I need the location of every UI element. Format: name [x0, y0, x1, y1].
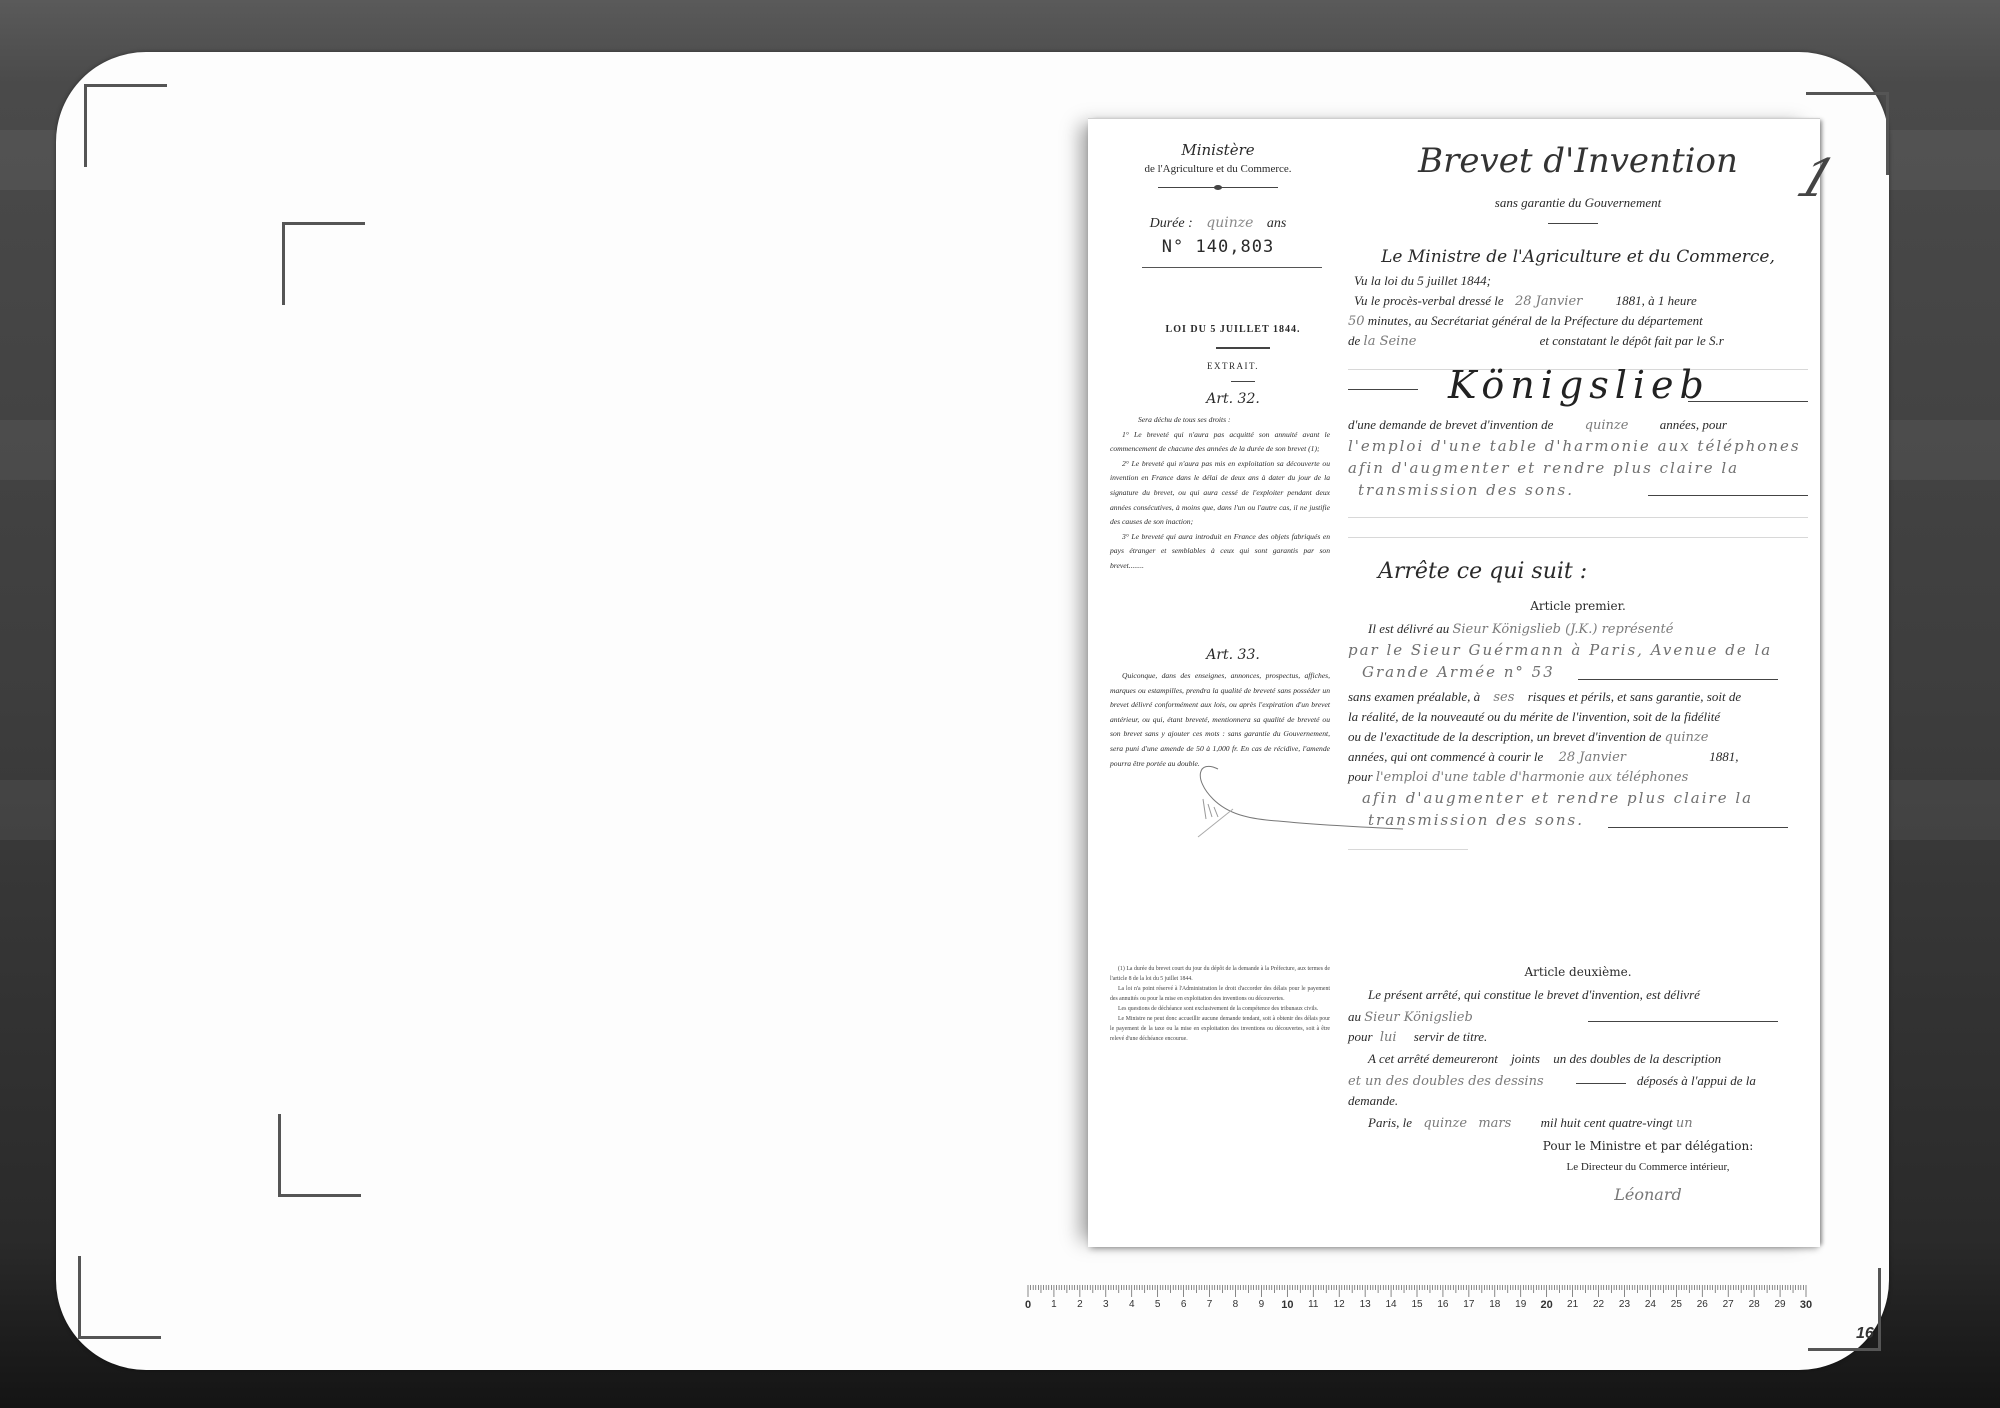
demande-prefix: d'une demande de brevet d'invention de: [1348, 417, 1553, 432]
ruler-label: 19: [1515, 1299, 1526, 1310]
fill-line: [1588, 1021, 1778, 1022]
object-line-handwritten: l'emploi d'une table d'harmonie aux télé…: [1348, 437, 1808, 455]
crop-mark-outer-top-left: [84, 84, 167, 167]
duration-unit: ans: [1267, 216, 1286, 231]
ruler-label: 28: [1749, 1299, 1760, 1310]
minister-line: Le Ministre de l'Agriculture et du Comme…: [1348, 247, 1808, 267]
proces-verbal-line: Vu le procès-verbal dressé le 28 Janvier…: [1354, 291, 1814, 312]
date-day-handwritten: quinze: [1423, 1116, 1467, 1131]
article-1-body-3: ou de l'exactitude de la description, un…: [1348, 727, 1808, 748]
dept-prefix: de: [1348, 333, 1360, 348]
document-title: Brevet d'Invention: [1348, 141, 1808, 181]
ruler-label: 14: [1386, 1299, 1397, 1310]
handwritten-fill: et un des doubles des dessins: [1348, 1074, 1544, 1089]
delegation-line: Pour le Ministre et par délégation:: [1418, 1139, 1878, 1153]
body-text: déposés à l'appui de la: [1637, 1073, 1756, 1088]
object-line-handwritten: afin d'augmenter et rendre plus claire l…: [1348, 459, 1808, 477]
body-text: Paris, le: [1368, 1115, 1412, 1130]
department-handwritten: la Seine: [1364, 334, 1417, 349]
crop-mark-inner-bottom-left: [278, 1114, 361, 1197]
ruler-label: 29: [1775, 1299, 1786, 1310]
paragraph: 3° Le breveté qui aura introduit en Fran…: [1110, 530, 1330, 574]
ruler-labels: 0123456789101112131415161718192021222324…: [1022, 1299, 1812, 1315]
article-32-text: Sera déchu de tous ses droits : 1° Le br…: [1110, 413, 1330, 574]
fill-line: [1348, 389, 1418, 390]
patent-document: Ministère de l'Agriculture et du Commerc…: [1088, 118, 1820, 1247]
footnote: Le Ministre ne peut donc accueillir aucu…: [1110, 1014, 1330, 1044]
law-heading: LOI DU 5 JUILLET 1844.: [1108, 324, 1358, 335]
extract-label: EXTRAIT.: [1108, 361, 1358, 371]
footnote: (1) La durée du brevet court du jour du …: [1110, 964, 1330, 984]
frame-number: 16: [1856, 1325, 1874, 1343]
article-1-body-1: sans examen préalable, à ses risques et …: [1348, 687, 1808, 708]
article-33-text: Quiconque, dans des enseignes, annonces,…: [1110, 669, 1330, 771]
article-1-object-1: pour l'emploi d'une table d'harmonie aux…: [1348, 767, 1808, 788]
paragraph: 2° Le breveté qui n'aura pas mis en expl…: [1110, 457, 1330, 530]
article-33-heading: Art. 33.: [1108, 647, 1358, 663]
pv-line2-text: minutes, au Secrétariat général de la Pr…: [1368, 313, 1703, 328]
fill-line: [1576, 1083, 1626, 1084]
date-month-handwritten: mars: [1478, 1116, 1511, 1131]
right-column: Brevet d'Invention 1 sans garantie du Go…: [1348, 119, 1808, 1247]
body-text: années, qui ont commencé à courir le: [1348, 749, 1543, 764]
article-1-body-4: années, qui ont commencé à courir le 28 …: [1348, 747, 1808, 768]
beneficiary-handwritten: Sieur Königslieb (J.K.) représenté: [1452, 622, 1673, 637]
ruler-label: 1: [1051, 1299, 1057, 1310]
constatant-text: et constatant le dépôt fait par le S.r: [1540, 333, 1724, 348]
article-1-body-2: la réalité, de la nouveauté ou du mérite…: [1348, 707, 1808, 727]
demande-duration-handwritten: quinze: [1585, 418, 1629, 433]
ruler-label: 16: [1437, 1299, 1448, 1310]
handwritten-fill: 28 Janvier: [1559, 750, 1626, 765]
handwritten-fill: quinze: [1665, 730, 1709, 745]
ruler-label: 5: [1155, 1299, 1161, 1310]
ruler-label: 18: [1489, 1299, 1500, 1310]
body-text: A cet arrêté demeureront: [1368, 1051, 1498, 1066]
vu-loi-text: Vu la loi du 5 juillet 1844;: [1354, 273, 1491, 288]
ministry-line2: de l'Agriculture et du Commerce.: [1108, 163, 1328, 175]
body-text: mil huit cent quatre-vingt: [1541, 1115, 1673, 1130]
fill-line: [1688, 401, 1808, 402]
article-1-heading: Article premier.: [1348, 599, 1808, 613]
date-line: Paris, le quinze mars mil huit cent quat…: [1368, 1113, 1828, 1134]
divider: [1142, 267, 1322, 268]
signature: Léonard: [1418, 1185, 1878, 1204]
inventor-name-handwritten: Königslieb: [1448, 363, 1710, 407]
duration-label: Durée :: [1150, 216, 1193, 231]
document-subtitle: sans garantie du Gouvernement: [1348, 195, 1808, 211]
divider: [1216, 347, 1270, 349]
paragraph: Sera déchu de tous ses droits :: [1110, 413, 1330, 428]
pv-date-handwritten: 28 Janvier: [1515, 294, 1582, 309]
duration-value: quinze: [1206, 215, 1253, 231]
divider: [1231, 381, 1255, 382]
ruler-label: 15: [1411, 1299, 1422, 1310]
crop-mark-outer-bottom-left: [78, 1256, 161, 1339]
ministry-line1: Ministère: [1108, 141, 1328, 159]
ruler-label: 17: [1463, 1299, 1474, 1310]
body-text: servir de titre.: [1414, 1029, 1488, 1044]
article-32-heading: Art. 32.: [1108, 391, 1358, 407]
body-text: un des doubles de la description: [1553, 1051, 1721, 1066]
fill-line: [1578, 679, 1778, 680]
ruler-label: 26: [1697, 1299, 1708, 1310]
pv-prefix: Vu le procès-verbal dressé le: [1354, 293, 1504, 308]
body-text: risques et périls, et sans garantie, soi…: [1528, 689, 1741, 704]
ruler-label: 7: [1207, 1299, 1213, 1310]
ministry-header: Ministère de l'Agriculture et du Commerc…: [1108, 141, 1328, 200]
footnotes: (1) La durée du brevet court du jour du …: [1110, 964, 1330, 1044]
article-2-line6: demande.: [1348, 1091, 1808, 1111]
director-line: Le Directeur du Commerce intérieur,: [1418, 1161, 1878, 1173]
ornament-rule: [1158, 187, 1278, 188]
article-1-line1: Il est délivré au Sieur Königslieb (J.K.…: [1368, 619, 1828, 640]
left-column: Ministère de l'Agriculture et du Commerc…: [1088, 119, 1338, 1247]
ruler-label: 3: [1103, 1299, 1109, 1310]
representative-handwritten: par le Sieur Guérmann à Paris, Avenue de…: [1348, 641, 1808, 659]
fill-line: [1348, 537, 1808, 538]
article-2-line2: au Sieur Königslieb: [1348, 1007, 1808, 1028]
proces-verbal-line2: 50 minutes, au Secrétariat général de la…: [1348, 311, 1808, 332]
ruler-label: 4: [1129, 1299, 1135, 1310]
ruler-ticks: [1022, 1283, 1812, 1299]
ruler-label: 21: [1567, 1299, 1578, 1310]
object-line-handwritten: afin d'augmenter et rendre plus claire l…: [1362, 789, 1822, 807]
paragraph: 1° Le breveté qui n'aura pas acquitté so…: [1110, 428, 1330, 457]
article-2-heading: Article deuxième.: [1348, 965, 1808, 979]
signature-handwritten: Léonard: [1614, 1185, 1681, 1204]
handwritten-fill: lui: [1380, 1030, 1397, 1045]
article-2-line5: et un des doubles des dessins déposés à …: [1348, 1071, 1808, 1092]
pv-minutes-handwritten: 50: [1348, 314, 1365, 329]
crop-mark-inner-top-left: [282, 222, 365, 305]
fill-line: [1648, 495, 1808, 496]
ruler-label: 22: [1593, 1299, 1604, 1310]
ruler-label: 6: [1181, 1299, 1187, 1310]
body-text: sans examen préalable, à: [1348, 689, 1480, 704]
footnote: La loi n'a point réservé à l'Administrat…: [1110, 984, 1330, 1004]
ruler-label: 12: [1334, 1299, 1345, 1310]
ruler-label: 27: [1723, 1299, 1734, 1310]
pv-year: 1881, à 1 heure: [1616, 293, 1697, 308]
object-line-handwritten: transmission des sons.: [1358, 481, 1818, 499]
handwritten-fill: ses: [1493, 690, 1514, 705]
ruler-label: 2: [1077, 1299, 1083, 1310]
handwritten-fill: Sieur Königslieb: [1364, 1010, 1473, 1025]
ruler-label: 24: [1645, 1299, 1656, 1310]
patent-number: N° 140,803: [1108, 237, 1328, 257]
ruler-label: 9: [1259, 1299, 1265, 1310]
ruler-label: 23: [1619, 1299, 1630, 1310]
body-text: joints: [1511, 1051, 1540, 1066]
body-text: ou de l'exactitude de la description, un…: [1348, 729, 1661, 744]
ruler-label: 10: [1281, 1299, 1293, 1311]
patent-number-value: 140,803: [1196, 237, 1275, 257]
vu-loi-line: Vu la loi du 5 juillet 1844;: [1354, 271, 1814, 291]
ruler-label: 13: [1360, 1299, 1371, 1310]
paragraph: Quiconque, dans des enseignes, annonces,…: [1110, 669, 1330, 771]
demande-suffix: années, pour: [1660, 417, 1727, 432]
fill-line: [1348, 517, 1808, 518]
fill-line: [1348, 849, 1468, 850]
article-2-line1: Le présent arrêté, qui constitue le brev…: [1368, 985, 1828, 1005]
demande-line: d'une demande de brevet d'invention de q…: [1348, 415, 1808, 436]
body-text: pour: [1348, 1029, 1373, 1044]
ruler-label: 25: [1671, 1299, 1682, 1310]
measurement-ruler: 0123456789101112131415161718192021222324…: [1022, 1283, 1812, 1323]
handwritten-fill: l'emploi d'une table d'harmonie aux télé…: [1376, 770, 1688, 785]
ruler-label: 30: [1800, 1299, 1812, 1311]
duration-field: Durée : quinze ans: [1108, 215, 1328, 232]
footnote: Les questions de déchéance sont exclusiv…: [1110, 1004, 1330, 1014]
fill-line: [1608, 827, 1788, 828]
body-text: 1881,: [1709, 749, 1738, 764]
article-1-prefix: Il est délivré au: [1368, 621, 1449, 636]
ruler-label: 0: [1025, 1299, 1031, 1311]
arrete-heading: Arrête ce qui suit :: [1378, 559, 1587, 584]
article-2-line3: pour lui servir de titre.: [1348, 1027, 1808, 1048]
patent-number-label: N°: [1162, 237, 1184, 257]
body-text: au: [1348, 1009, 1361, 1024]
ruler-label: 20: [1541, 1299, 1553, 1311]
ruler-label: 11: [1308, 1299, 1318, 1310]
article-2-line4: A cet arrêté demeureront joints un des d…: [1368, 1049, 1828, 1069]
department-line: de la Seine et constatant le dépôt fait …: [1348, 331, 1808, 352]
divider: [1548, 223, 1598, 224]
body-text: pour: [1348, 769, 1373, 784]
ruler-label: 8: [1233, 1299, 1239, 1310]
date-year-handwritten: un: [1676, 1116, 1693, 1131]
